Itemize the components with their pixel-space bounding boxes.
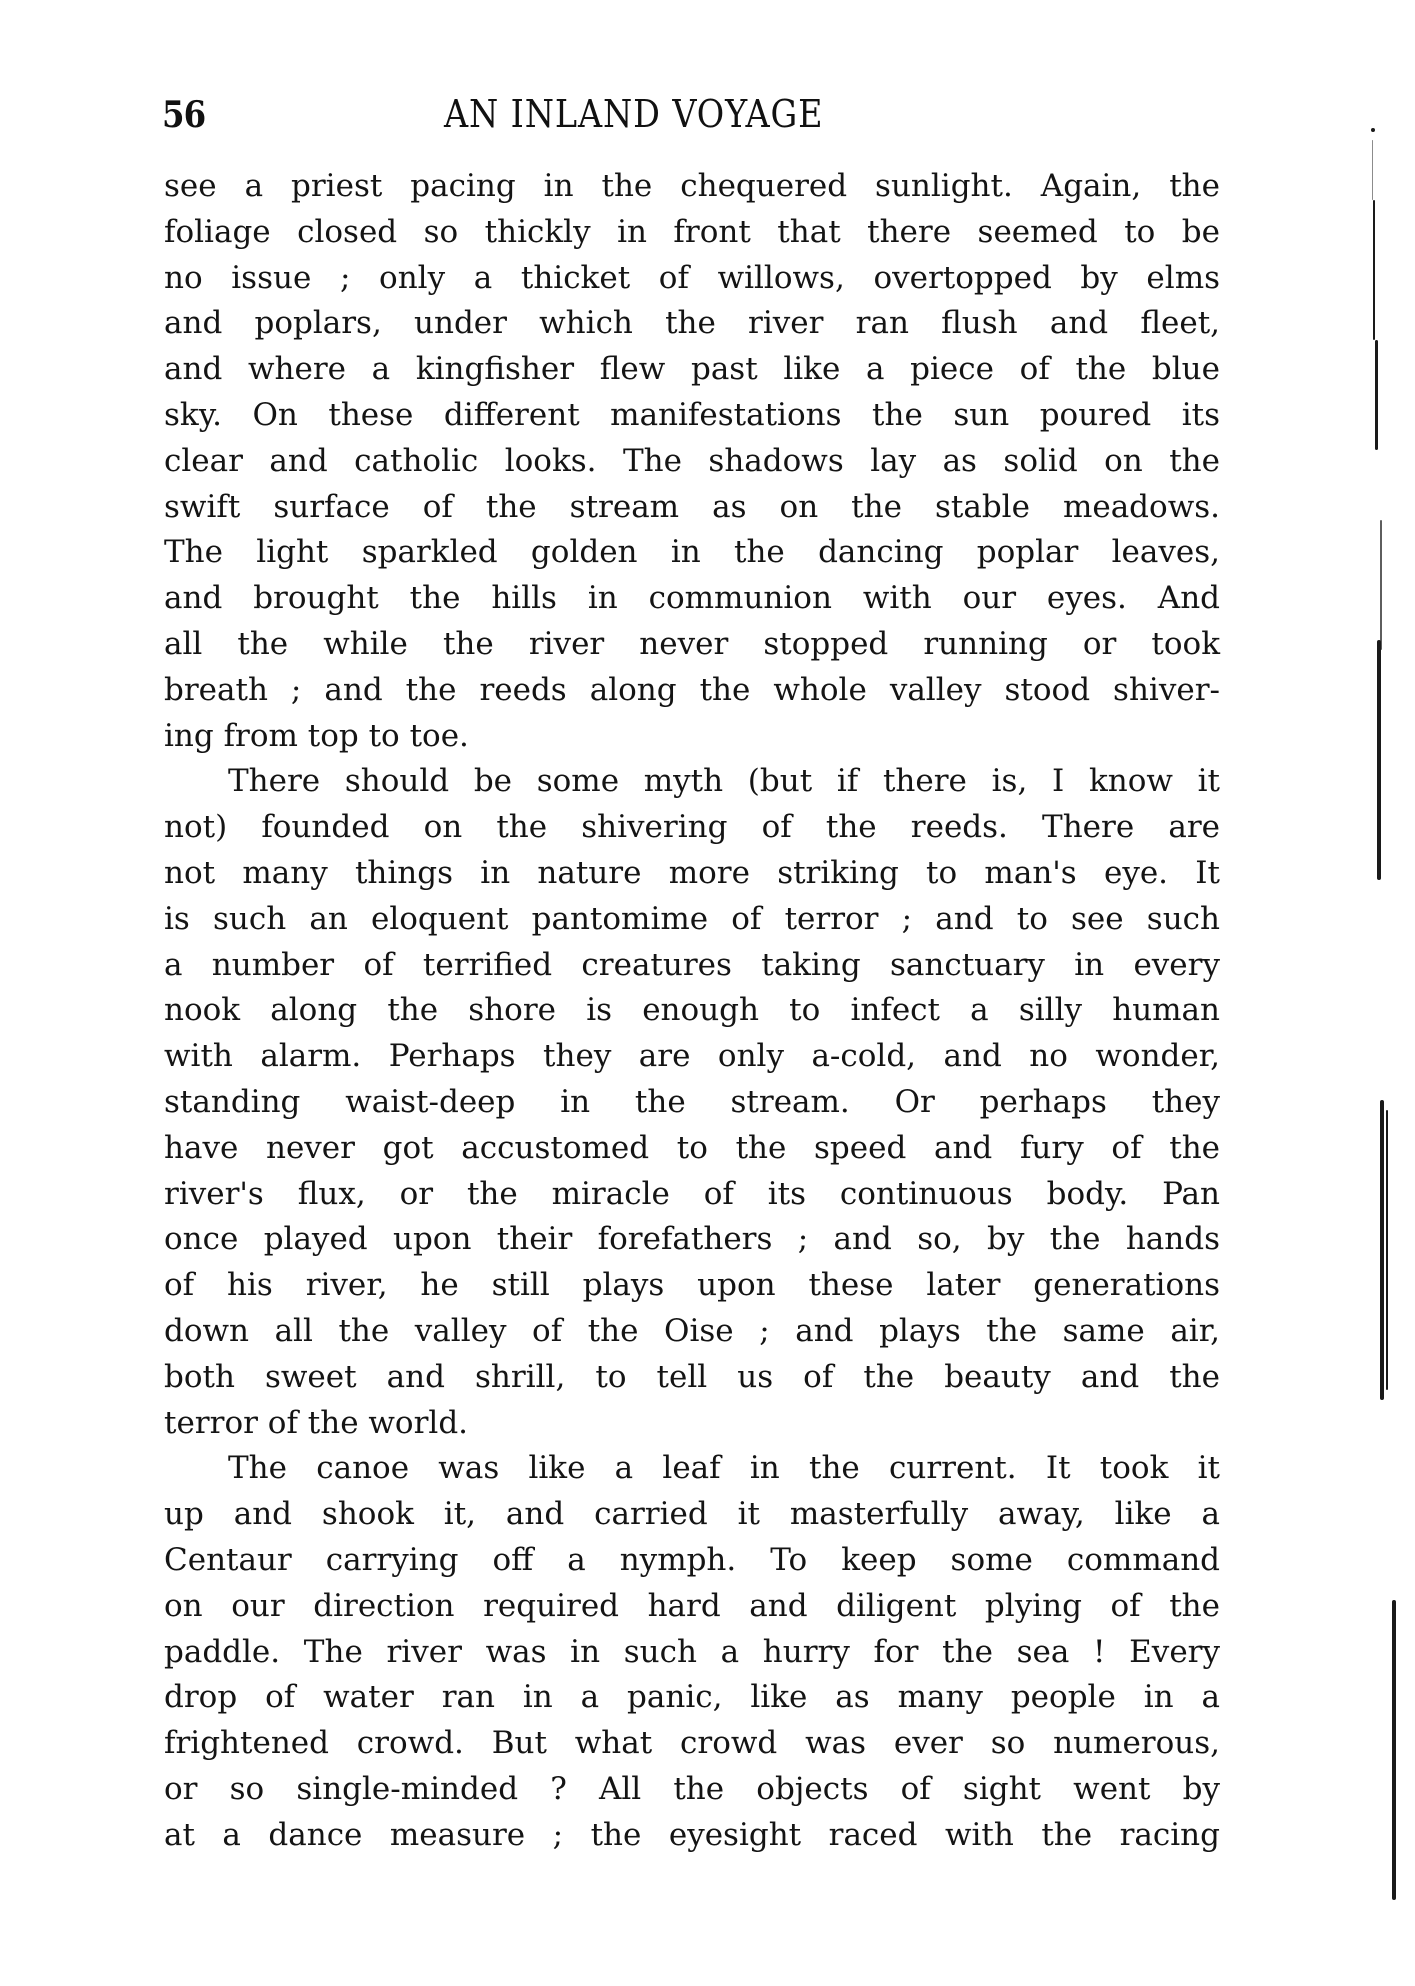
- body-text: see a priest pacing in the chequered sun…: [164, 164, 1220, 1858]
- running-title: AN INLAND VOYAGE: [444, 92, 823, 136]
- text-line-content: standing waist-deep in the stream. Or pe…: [164, 1084, 1220, 1120]
- scan-edge-artifact: [1373, 200, 1375, 340]
- text-line-content: paddle. The river was in such a hurry fo…: [164, 1634, 1220, 1670]
- scan-edge-artifact: [1372, 140, 1373, 200]
- text-line-content: or so single-minded ? All the objects of…: [164, 1771, 1220, 1807]
- text-line-content: see a priest pacing in the chequered sun…: [164, 168, 1220, 204]
- text-line-content: at a dance measure ; the eyesight raced …: [164, 1817, 1220, 1853]
- text-line-content: foliage closed so thickly in front that …: [164, 214, 1220, 250]
- text-line-content: swift surface of the stream as on the st…: [164, 489, 1220, 525]
- text-line: see a priest pacing in the chequered sun…: [164, 164, 1220, 210]
- text-line: a number of terrified creatures taking s…: [164, 943, 1220, 989]
- scan-edge-artifact: [1377, 640, 1381, 880]
- text-line-content: all the while the river never stopped ru…: [164, 626, 1220, 662]
- text-line: on our direction required hard and dilig…: [164, 1584, 1220, 1630]
- text-line: not) founded on the shivering of the ree…: [164, 805, 1220, 851]
- text-line-content: There should be some myth (but if there …: [228, 763, 1220, 799]
- scan-edge-artifact: [1380, 1100, 1384, 1400]
- text-line: is such an eloquent pantomime of terror …: [164, 897, 1220, 943]
- text-line: ing from top to toe.: [164, 714, 1220, 760]
- text-line-content: The light sparkled golden in the dancing…: [164, 534, 1220, 570]
- text-line-content: frightened crowd. But what crowd was eve…: [164, 1725, 1220, 1761]
- text-line: and where a kingfisher flew past like a …: [164, 347, 1220, 393]
- text-line: all the while the river never stopped ru…: [164, 622, 1220, 668]
- page-number: 56: [162, 94, 205, 136]
- scan-edge-artifact: [1392, 1600, 1396, 1900]
- text-line-content: drop of water ran in a panic, like as ma…: [164, 1679, 1220, 1715]
- text-line-content: up and shook it, and carried it masterfu…: [164, 1496, 1220, 1532]
- text-line: with alarm. Perhaps they are only a-cold…: [164, 1034, 1220, 1080]
- text-line: standing waist-deep in the stream. Or pe…: [164, 1080, 1220, 1126]
- text-line: paddle. The river was in such a hurry fo…: [164, 1630, 1220, 1676]
- page-header: 56 AN INLAND VOYAGE: [162, 94, 1220, 144]
- text-line: breath ; and the reeds along the whole v…: [164, 668, 1220, 714]
- text-line-content: breath ; and the reeds along the whole v…: [164, 672, 1220, 708]
- text-line: of his river, he still plays upon these …: [164, 1263, 1220, 1309]
- text-line: frightened crowd. But what crowd was eve…: [164, 1721, 1220, 1767]
- text-line-content: and where a kingfisher flew past like a …: [164, 351, 1220, 387]
- text-line: no issue ; only a thicket of willows, ov…: [164, 256, 1220, 302]
- text-line-content: have never got accustomed to the speed a…: [164, 1130, 1220, 1166]
- text-line: foliage closed so thickly in front that …: [164, 210, 1220, 256]
- text-line: terror of the world.: [164, 1401, 1220, 1447]
- text-line-content: a number of terrified creatures taking s…: [164, 947, 1220, 983]
- text-line: nook along the shore is enough to infect…: [164, 988, 1220, 1034]
- text-line: The light sparkled golden in the dancing…: [164, 530, 1220, 576]
- text-line-content: terror of the world.: [164, 1405, 468, 1441]
- text-line: and poplars, under which the river ran f…: [164, 301, 1220, 347]
- text-line-content: is such an eloquent pantomime of terror …: [164, 901, 1220, 937]
- text-line: There should be some myth (but if there …: [164, 759, 1220, 805]
- book-page: 56 AN INLAND VOYAGE see a priest pacing …: [0, 0, 1415, 1986]
- text-line: both sweet and shrill, to tell us of the…: [164, 1355, 1220, 1401]
- text-line: clear and catholic looks. The shadows la…: [164, 439, 1220, 485]
- text-line: The canoe was like a leaf in the current…: [164, 1446, 1220, 1492]
- text-line: drop of water ran in a panic, like as ma…: [164, 1675, 1220, 1721]
- text-line: sky. On these different manifestations t…: [164, 393, 1220, 439]
- text-line: once played upon their forefathers ; and…: [164, 1217, 1220, 1263]
- text-line-content: clear and catholic looks. The shadows la…: [164, 443, 1220, 479]
- scan-edge-artifact: [1375, 340, 1378, 450]
- text-line-content: no issue ; only a thicket of willows, ov…: [164, 260, 1220, 296]
- text-line-content: ing from top to toe.: [164, 718, 469, 754]
- text-line-content: once played upon their forefathers ; and…: [164, 1221, 1220, 1257]
- scan-edge-artifact: [1380, 520, 1382, 650]
- text-line: and brought the hills in communion with …: [164, 576, 1220, 622]
- text-line-content: Centaur carrying off a nymph. To keep so…: [164, 1542, 1220, 1578]
- text-line-content: The canoe was like a leaf in the current…: [228, 1450, 1220, 1486]
- text-line: Centaur carrying off a nymph. To keep so…: [164, 1538, 1220, 1584]
- text-line: at a dance measure ; the eyesight raced …: [164, 1813, 1220, 1859]
- text-line: not many things in nature more striking …: [164, 851, 1220, 897]
- scan-edge-artifact: [1371, 128, 1375, 132]
- text-line-content: river's flux, or the miracle of its cont…: [164, 1176, 1220, 1212]
- text-line: have never got accustomed to the speed a…: [164, 1126, 1220, 1172]
- text-line-content: sky. On these different manifestations t…: [164, 397, 1220, 433]
- text-line-content: on our direction required hard and dilig…: [164, 1588, 1220, 1624]
- text-line-content: with alarm. Perhaps they are only a-cold…: [164, 1038, 1220, 1074]
- text-line-content: of his river, he still plays upon these …: [164, 1267, 1220, 1303]
- text-line-content: and brought the hills in communion with …: [164, 580, 1220, 616]
- text-line-content: not) founded on the shivering of the ree…: [164, 809, 1220, 845]
- text-line-content: both sweet and shrill, to tell us of the…: [164, 1359, 1220, 1395]
- text-line: up and shook it, and carried it masterfu…: [164, 1492, 1220, 1538]
- text-line-content: nook along the shore is enough to infect…: [164, 992, 1220, 1028]
- text-line: swift surface of the stream as on the st…: [164, 485, 1220, 531]
- text-line-content: and poplars, under which the river ran f…: [164, 305, 1220, 341]
- text-line: down all the valley of the Oise ; and pl…: [164, 1309, 1220, 1355]
- text-line: river's flux, or the miracle of its cont…: [164, 1172, 1220, 1218]
- text-line-content: not many things in nature more striking …: [164, 855, 1220, 891]
- text-line-content: down all the valley of the Oise ; and pl…: [164, 1313, 1220, 1349]
- text-line: or so single-minded ? All the objects of…: [164, 1767, 1220, 1813]
- scan-edge-artifact: [1386, 1110, 1388, 1390]
